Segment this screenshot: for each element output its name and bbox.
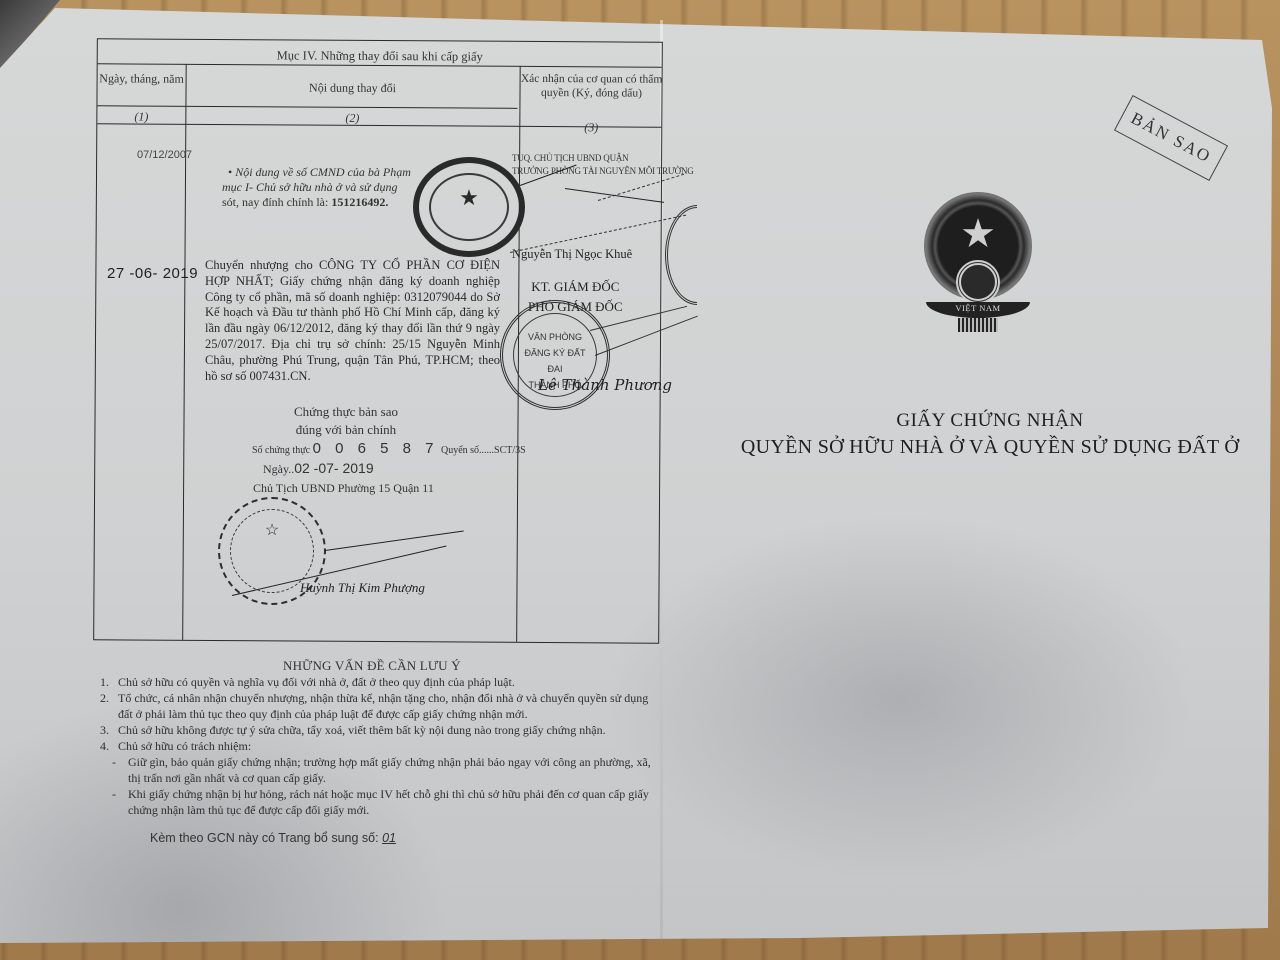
row-1-authority-title: TUQ. CHỦ TỊCH UBND QUẬN TRƯỞNG PHÒNG TÀI… — [512, 152, 694, 178]
row-1-content-line1: Nội dung về số CMND của bà Phạm — [235, 165, 411, 179]
certification-chair: Chủ Tịch UBND Phường 15 Quận 11 — [253, 481, 434, 496]
national-emblem-icon: ★ VIỆT NAM — [918, 190, 1038, 340]
row-2-content: Chuyển nhượng cho CÔNG TY CỔ PHẦN CƠ ĐIỆ… — [205, 258, 500, 384]
certificate-subtitle: QUYỀN SỞ HỮU NHÀ Ở VÀ QUYỀN SỬ DỤNG ĐẤT … — [720, 436, 1260, 459]
column-header-content: Nội dung thay đổi — [186, 80, 520, 97]
note-item: 1.Chủ sở hữu có quyền và nghĩa vụ đối vớ… — [100, 674, 660, 690]
note-number: 1. — [100, 674, 118, 690]
official-seal-icon: ★ — [413, 157, 525, 257]
row-1-signer: Nguyễn Thị Ngọc Khuê — [512, 247, 632, 262]
emblem-base — [958, 318, 998, 332]
certification-number: Số chứng thực 0 0 6 5 8 7 Quyển số......… — [252, 440, 526, 457]
note-number: 4. — [100, 738, 118, 754]
column-number: (2) — [185, 110, 519, 127]
table-divider — [97, 105, 517, 109]
certification-heading: Chứng thực bản sao đúng với bản chính — [236, 403, 456, 439]
certification-date: Ngày..02 -07- 2019 — [263, 460, 374, 477]
certification-date-value: 02 -07- 2019 — [294, 460, 373, 476]
emblem-ribbon-text: VIỆT NAM — [918, 303, 1038, 313]
star-icon: ★ — [459, 185, 479, 211]
note-sub-item: -Giữ gìn, bảo quản giấy chứng nhận; trườ… — [100, 754, 660, 786]
authority-line: TUQ. CHỦ TỊCH UBND QUẬN — [512, 152, 694, 165]
attachment-value: 01 — [382, 831, 396, 845]
row-2-date: 27 -06- 2019 — [107, 265, 198, 282]
book-value: SCT/3S — [494, 445, 526, 456]
row-1-date: 07/12/2007 — [137, 149, 192, 161]
column-header-authority: Xác nhận của cơ quan có thẩm quyền (Ký, … — [519, 72, 663, 101]
note-sub-item: -Khi giấy chứng nhận bị hư hỏng, rách ná… — [100, 786, 660, 818]
certification-line: đúng với bản chính — [236, 421, 456, 439]
note-item: 4.Chủ sở hữu có trách nhiệm: — [100, 738, 660, 754]
certification-signer: Huỳnh Thị Kim Phượng — [300, 580, 425, 596]
seal-text-line: ĐĂNG KÝ ĐẤT ĐAI — [517, 345, 593, 377]
note-text: Chủ sở hữu không được tự ý sửa chữa, tẩy… — [118, 722, 606, 738]
row-1-content: • Nội dung về số CMND của bà Phạm mục I-… — [222, 165, 432, 210]
note-sub-text: Khi giấy chứng nhận bị hư hỏng, rách nát… — [128, 786, 660, 818]
star-icon: ☆ — [265, 520, 279, 540]
bullet: • — [228, 165, 232, 179]
attachment-label: Kèm theo GCN này có Trang bổ sung số: — [150, 831, 382, 845]
note-number: 3. — [100, 722, 118, 738]
row-1-content-line2: mục I- Chủ sở hữu nhà ở và sử dụng — [222, 180, 432, 195]
note-text: Chủ sở hữu có trách nhiệm: — [118, 738, 251, 754]
certification-line: Chứng thực bản sao — [236, 403, 456, 421]
certification-number-label: Số chứng thực — [252, 445, 310, 456]
column-number: (3) — [519, 120, 663, 136]
authority-line: TRƯỞNG PHÒNG TÀI NGUYÊN MÔI TRƯỜNG — [512, 165, 694, 178]
column-header-date: Ngày, tháng, năm — [98, 71, 186, 87]
note-sub-text: Giữ gìn, bảo quản giấy chứng nhận; trườn… — [128, 754, 660, 786]
seal-text-line: VĂN PHÒNG — [517, 329, 593, 345]
note-number: 2. — [100, 690, 118, 722]
authority-line: KT. GIÁM ĐỐC — [528, 277, 623, 297]
id-number: 151216492. — [331, 195, 388, 209]
certificate-title: GIẤY CHỨNG NHẬN — [720, 410, 1260, 432]
book-label: Quyển số — [441, 445, 479, 456]
notes-list: 1.Chủ sở hữu có quyền và nghĩa vụ đối vớ… — [100, 674, 660, 818]
note-item: 3.Chủ sở hữu không được tự ý sửa chữa, t… — [100, 722, 660, 738]
note-item: 2.Tổ chức, cá nhân nhận chuyển nhượng, n… — [100, 690, 660, 722]
row-1-content-line3: sót, nay đính chính là: — [222, 195, 331, 209]
column-number: (1) — [97, 109, 185, 125]
note-text: Chủ sở hữu có quyền và nghĩa vụ đối với … — [118, 674, 515, 690]
certification-number-value: 0 0 6 5 8 7 — [313, 440, 439, 457]
notes-title: NHỮNG VẤN ĐỀ CẦN LƯU Ý — [283, 658, 461, 674]
row-2-signer: Lê Thành Phương — [538, 376, 672, 394]
gear-icon — [956, 260, 1000, 304]
star-icon: ★ — [918, 210, 1038, 257]
certification-date-label: Ngày — [263, 462, 288, 476]
attachment-note: Kèm theo GCN này có Trang bổ sung số: 01 — [150, 831, 396, 845]
note-text: Tổ chức, cá nhân nhận chuyển nhượng, nhậ… — [118, 690, 660, 722]
